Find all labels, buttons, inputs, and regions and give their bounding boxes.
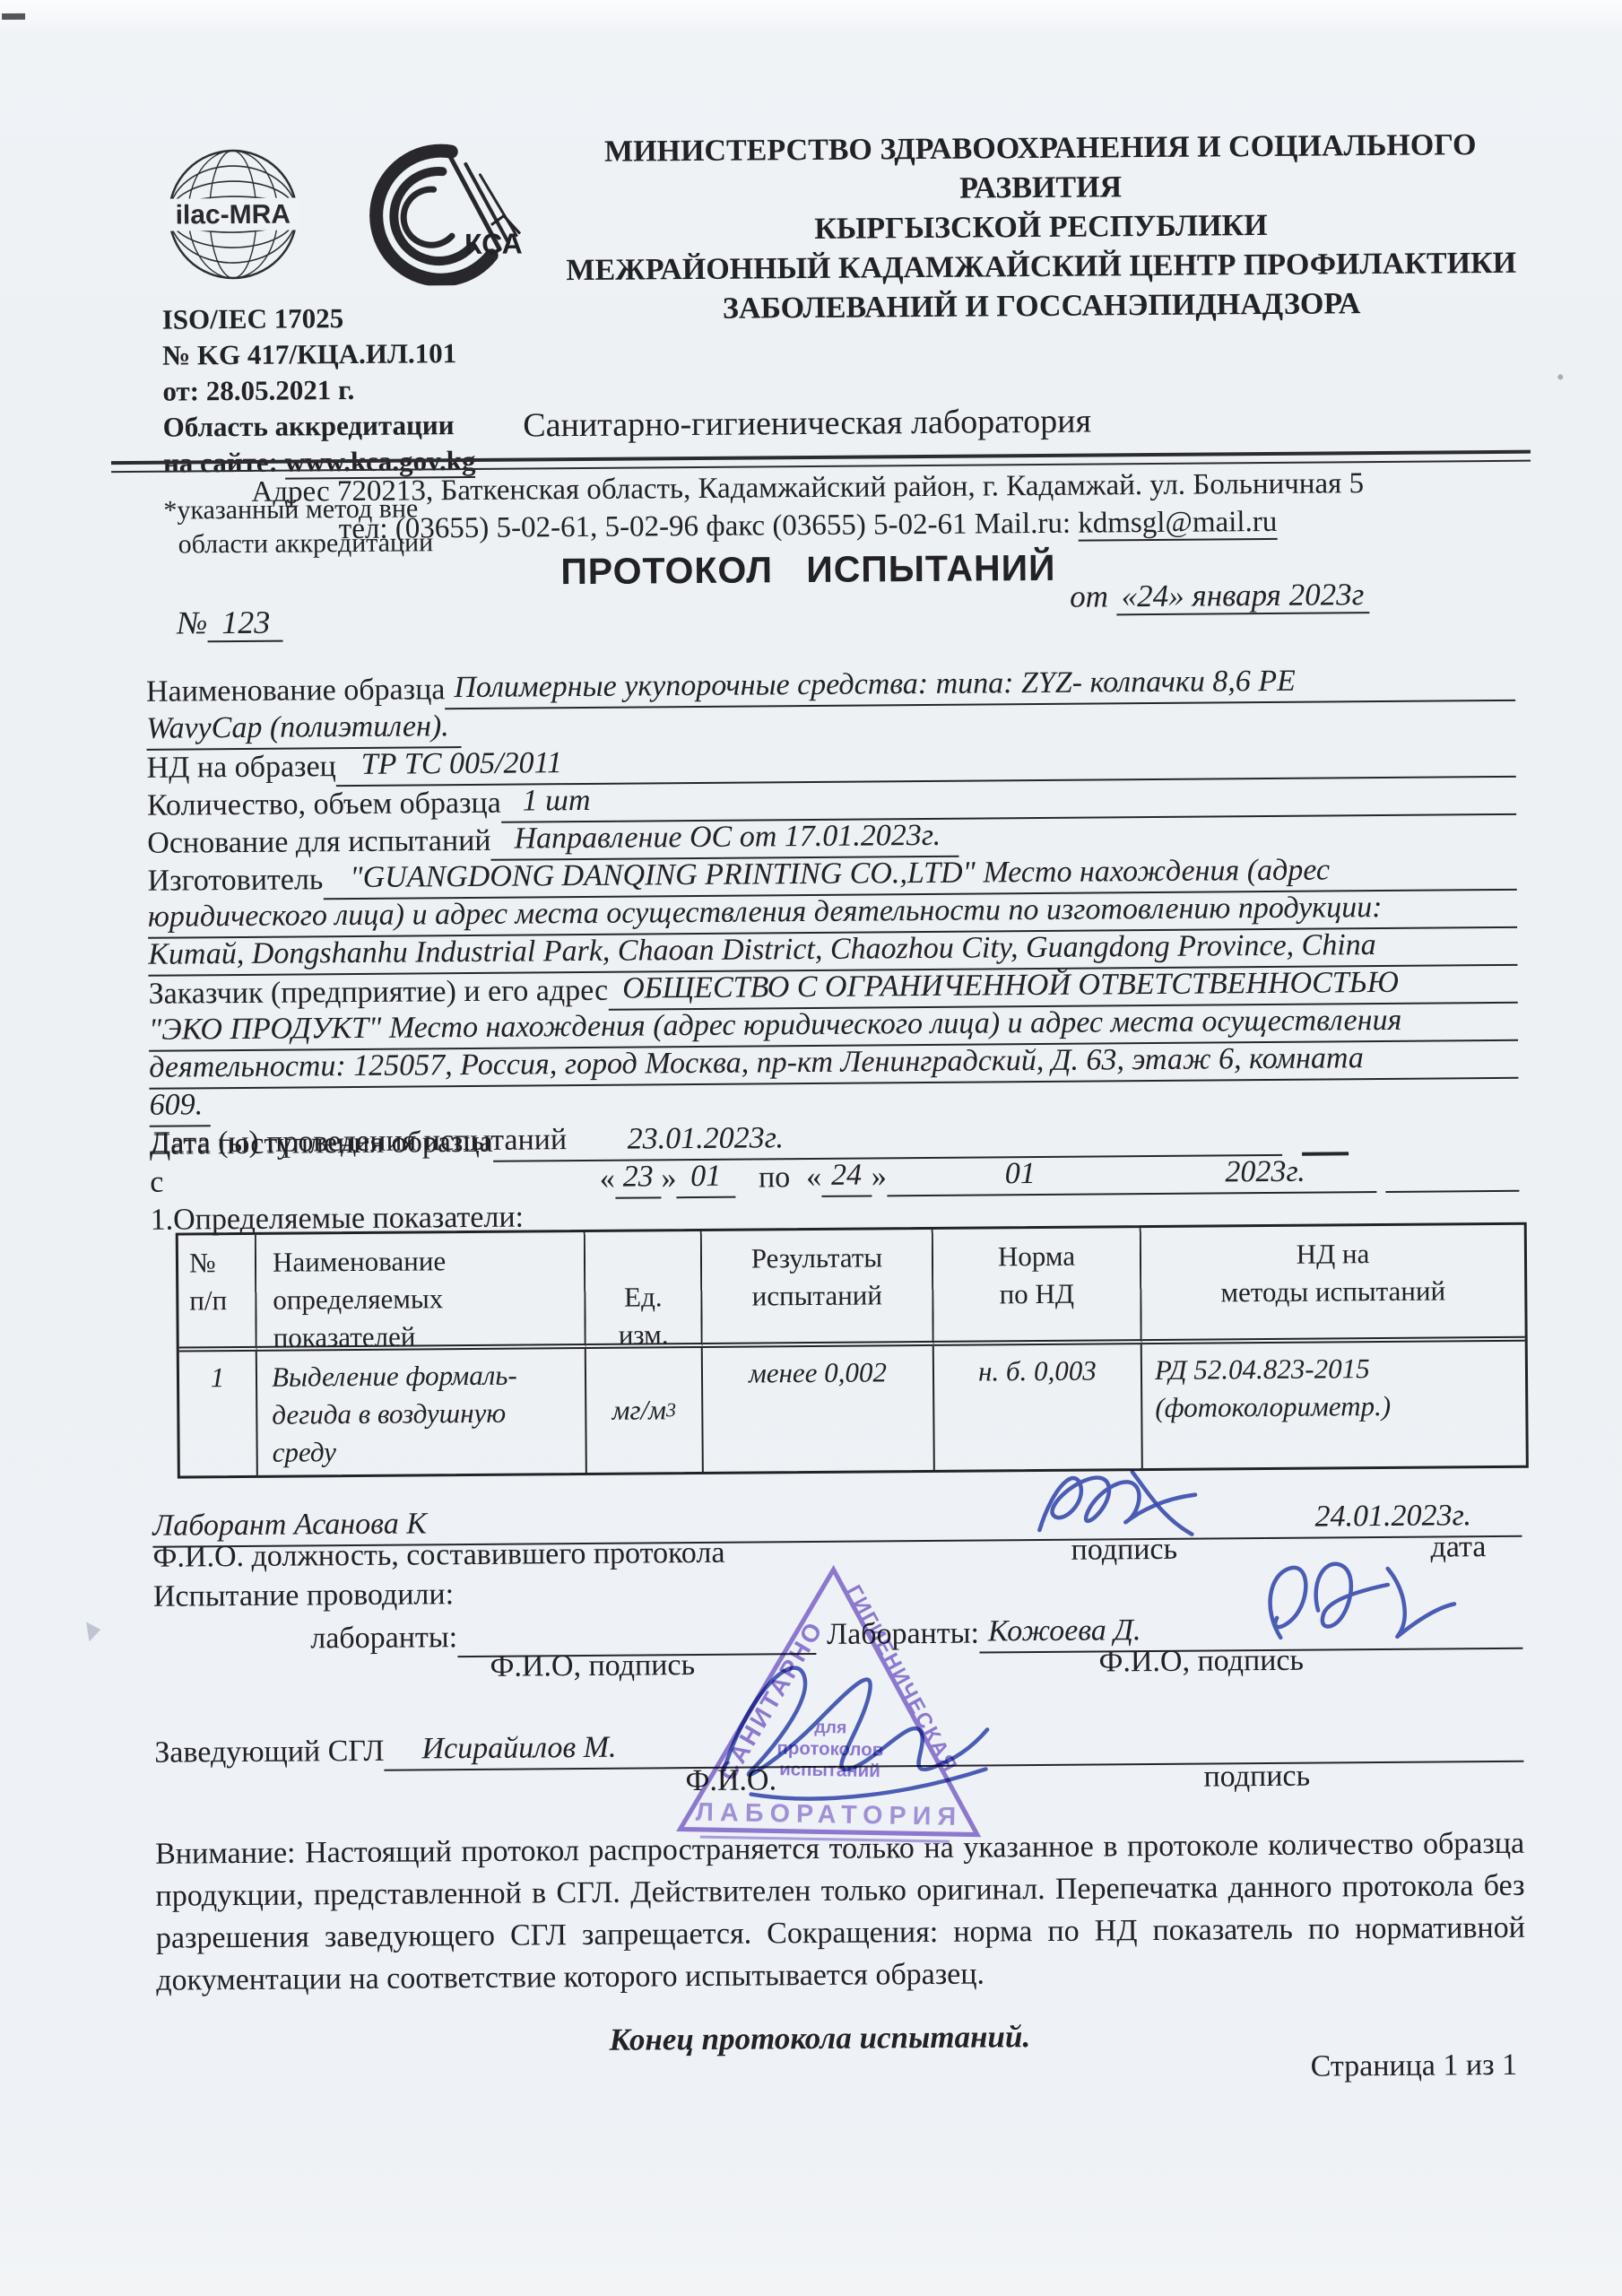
scan-speck xyxy=(1557,374,1563,379)
scanned-test-protocol-page: ilac-MRA КСА ISO/IEC 17025 № KG 417/КЦА.… xyxy=(0,0,1622,2296)
certificate-number: № KG 417/КЦА.ИЛ.101 xyxy=(162,335,584,374)
cell-num: 1 xyxy=(179,1352,258,1476)
phone-text: тел: (03655) 5-02-61, 5-02-96 факс (0365… xyxy=(339,508,1079,545)
signature-kozhoeva-icon xyxy=(1252,1552,1463,1659)
ilac-logo-label: ilac-MRA xyxy=(176,200,291,230)
cell-unit: мг/м3 xyxy=(586,1348,704,1473)
col-header-unit: Ед. изм. xyxy=(585,1231,703,1349)
ilac-mra-logo-icon: ilac-MRA xyxy=(160,138,305,287)
col-header-result: Результаты испытаний xyxy=(702,1230,934,1348)
col-header-num: № п/п xyxy=(178,1235,257,1352)
fio-sign-caption-left: Ф.И.О, подпись xyxy=(490,1648,695,1684)
results-table: № п/п Наименование определяемых показате… xyxy=(176,1222,1529,1479)
accreditation-details: ISO/IEC 17025 № KG 417/КЦА.ИЛ.101 от: 28… xyxy=(162,299,585,482)
protocol-date: от «24» января 2023г xyxy=(1070,577,1369,615)
document-sheet: ilac-MRA КСА ISO/IEC 17025 № KG 417/КЦА.… xyxy=(0,0,1622,2296)
conducted-label: Дата (ы) проведения испытаний с xyxy=(150,1120,585,1203)
certificate-date: от: 28.05.2021 г. xyxy=(162,370,584,410)
cell-name: Выделение формаль- дегида в воздушную ср… xyxy=(257,1349,587,1475)
col-header-norm: Норма по НД xyxy=(933,1228,1142,1346)
protocol-number: №123 xyxy=(177,604,282,642)
conducted-by-label: Испытание проводили: xyxy=(153,1578,454,1613)
signature-asanova-icon xyxy=(1027,1457,1207,1549)
lab-email: kdmsgl@mail.ru xyxy=(1078,506,1277,542)
kca-logo-icon: КСА xyxy=(315,136,531,286)
ministry-line1: МИНИСТЕРСТВО ЗДРАВООХРАНЕНИЯ И СОЦИАЛЬНО… xyxy=(542,126,1539,213)
scan-speck xyxy=(86,1622,100,1641)
cell-method: РД 52.04.823-2015 (фотоколориметр.) xyxy=(1142,1342,1526,1468)
ministry-line4: ЗАБОЛЕВАНИЙ И ГОССАНЭПИДНАДЗОРА xyxy=(543,283,1539,331)
ministry-line3: МЕЖРАЙОННЫЙ КАДАМЖАЙСКИЙ ЦЕНТР ПРОФИЛАКТ… xyxy=(543,244,1539,291)
unit-base: мг/м xyxy=(612,1391,666,1429)
kca-logo-label: КСА xyxy=(464,228,523,261)
ministry-heading: МИНИСТЕРСТВО ЗДРАВООХРАНЕНИЯ И СОЦИАЛЬНО… xyxy=(542,126,1540,331)
head-sign-caption: подпись xyxy=(1203,1760,1310,1795)
cell-result: менее 0,002 xyxy=(703,1346,935,1472)
notice-paragraph: Внимание: Настоящий протокол распростран… xyxy=(155,1822,1525,2002)
iso-standard: ISO/IEC 17025 xyxy=(162,299,584,338)
protocol-number-prefix: № xyxy=(177,604,207,640)
table-header-row: № п/п Наименование определяемых показате… xyxy=(178,1225,1525,1352)
protocol-number-value: 123 xyxy=(207,604,282,643)
col-header-method: НД на методы испытаний xyxy=(1141,1225,1525,1344)
scan-speck xyxy=(2,13,25,20)
cell-norm: н. б. 0,003 xyxy=(934,1344,1143,1470)
compiler-caption: Ф.И.О. должность, составившего протокола xyxy=(152,1536,724,1575)
table-row: 1 Выделение формаль- дегида в воздушную … xyxy=(179,1342,1526,1476)
accreditation-logos: ilac-MRA КСА xyxy=(160,136,583,288)
protocol-date-value: «24» января 2023г xyxy=(1116,577,1370,615)
signature-head-icon xyxy=(696,1632,1002,1814)
col-header-name: Наименование определяемых показателей xyxy=(256,1232,586,1352)
protocol-date-prefix: от xyxy=(1070,578,1116,613)
